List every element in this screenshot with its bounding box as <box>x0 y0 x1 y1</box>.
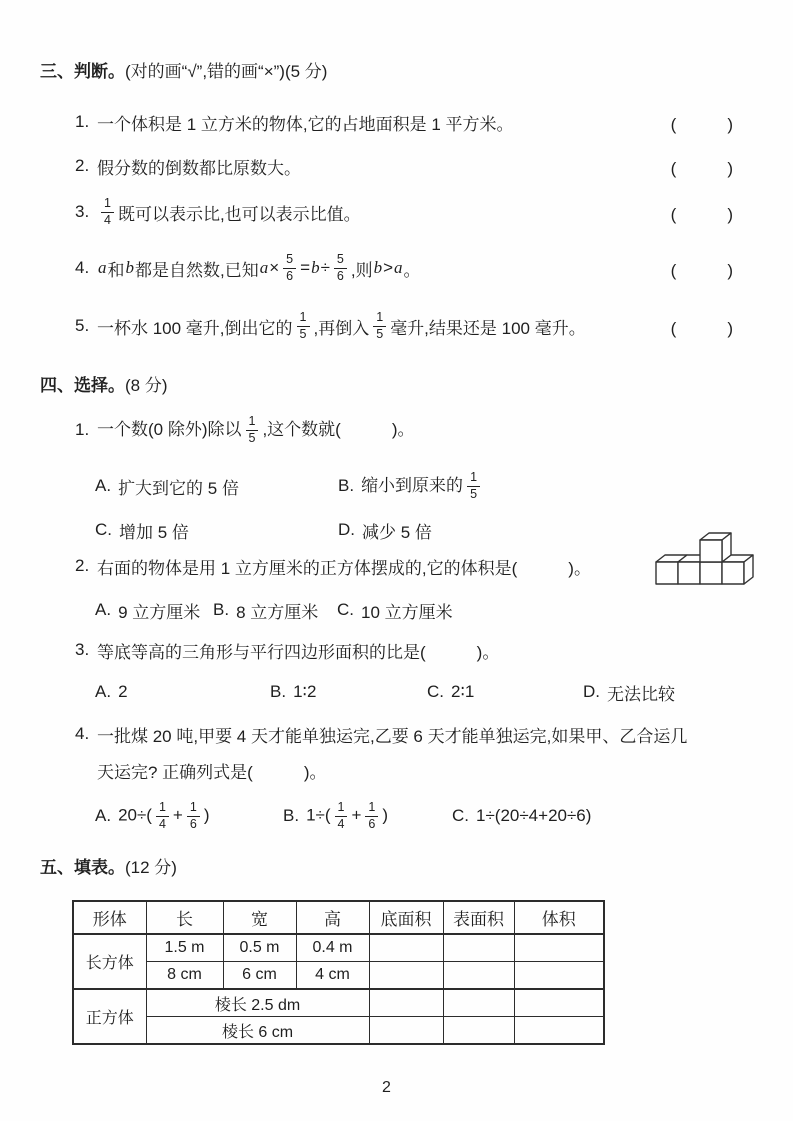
section-judge-title: 三、判断。(对的画“√”,错的画“×”)(5 分) <box>40 58 733 86</box>
empty-cell <box>443 962 514 990</box>
fraction: 15 <box>246 415 259 445</box>
unit-cubes-figure <box>651 526 763 598</box>
option-text: 1÷(20÷4+20÷6) <box>476 806 591 826</box>
option-text: 1÷(14+16) <box>306 801 388 831</box>
option-b: B.缩小到原来的15 <box>338 471 484 502</box>
cell-edge-length: 棱长 2.5 dm <box>146 989 369 1017</box>
item-text: 一杯水 100 毫升,倒出它的15,再倒入15毫升,结果还是 100 毫升。 <box>97 311 671 341</box>
section-judge-title-rest: (对的画“√”,错的画“×”)(5 分) <box>125 62 327 81</box>
option-c: C.增加 5 倍 <box>95 518 338 543</box>
fill-table: 形体 长 宽 高 底面积 表面积 体积 长方体 1.5 m 0.5 m 0.4 … <box>72 900 605 1045</box>
option-text: 无法比较 <box>607 680 675 705</box>
option-a: A.9 立方厘米 <box>95 598 213 623</box>
fraction: 56 <box>283 253 296 283</box>
cell-width: 0.5 m <box>223 934 296 962</box>
fraction: 16 <box>365 801 378 831</box>
item-text: 假分数的倒数都比原数大。 <box>97 154 671 179</box>
math-variable: b <box>310 258 321 278</box>
option-text: 增加 5 倍 <box>119 518 189 543</box>
option-b: B.1∶2 <box>270 682 427 702</box>
fraction: 15 <box>297 311 310 341</box>
option-text: 减少 5 倍 <box>362 518 432 543</box>
math-variable: a <box>97 258 108 278</box>
option-text: 2∶1 <box>451 682 474 702</box>
question-number: 4. <box>75 724 97 744</box>
cell-height: 0.4 m <box>296 934 369 962</box>
choice-q3-options-row: A.2 B.1∶2 C.2∶1 D.无法比较 <box>40 678 733 706</box>
judge-item-4: 4. a 和 b 都是自然数,已知 a×56 = b÷56,则 b>a。 ( ) <box>40 246 733 290</box>
choice-q1-options-row-1: A.扩大到它的 5 倍 B.缩小到原来的15 <box>40 464 733 508</box>
empty-cell <box>514 1017 604 1045</box>
question-text: 等底等高的三角形与平行四边形面积的比是( )。 <box>97 638 499 663</box>
choice-q4-line-2: 天运完? 正确列式是( )。 <box>40 756 733 784</box>
judge-item-3: 3. 14既可以表示比,也可以表示比值。 ( ) <box>40 190 733 234</box>
option-c: C.1÷(20÷4+20÷6) <box>452 806 591 826</box>
option-d: D.无法比较 <box>583 680 675 705</box>
math-variable: a <box>393 258 404 278</box>
page-number: 2 <box>40 1079 733 1103</box>
item-text: 14既可以表示比,也可以表示比值。 <box>97 197 671 227</box>
cuboid-label: 长方体 <box>73 934 146 989</box>
choice-q4-line-1: 4. 一批煤 20 吨,甲要 4 天才能单独运完,乙要 6 天才能单独运完,如果… <box>40 720 733 748</box>
judge-item-2: 2. 假分数的倒数都比原数大。 ( ) <box>40 152 733 180</box>
option-b: B.8 立方厘米 <box>213 598 337 623</box>
option-c: C.2∶1 <box>427 682 583 702</box>
question-number: 3. <box>75 640 97 660</box>
choice-q4-options-row: A.20÷(14+16) B.1÷(14+16) C.1÷(20÷4+20÷6) <box>40 794 733 838</box>
header-width: 宽 <box>223 901 296 934</box>
option-a: A.扩大到它的 5 倍 <box>95 474 338 499</box>
option-text: 20÷(14+16) <box>118 801 209 831</box>
answer-blank: ( ) <box>671 256 733 281</box>
empty-cell <box>443 1017 514 1045</box>
header-base-area: 底面积 <box>369 901 443 934</box>
item-number: 2. <box>75 156 97 176</box>
empty-cell <box>443 934 514 962</box>
header-height: 高 <box>296 901 369 934</box>
question-number: 2. <box>75 556 97 576</box>
cube-label: 正方体 <box>73 989 146 1044</box>
item-number: 3. <box>75 202 97 222</box>
item-text: 一个体积是 1 立方米的物体,它的占地面积是 1 平方米。 <box>97 110 671 135</box>
option-text: 10 立方厘米 <box>361 598 453 623</box>
empty-cell <box>369 989 443 1017</box>
answer-blank: ( ) <box>671 110 733 135</box>
section-choice-title-bold: 四、选择。 <box>40 376 125 395</box>
fraction: 16 <box>187 801 200 831</box>
math-variable: b <box>373 258 384 278</box>
option-text: 扩大到它的 5 倍 <box>118 474 239 499</box>
empty-cell <box>369 1017 443 1045</box>
answer-blank: ( ) <box>671 314 733 339</box>
cell-width: 6 cm <box>223 962 296 990</box>
table-row-cuboid-1: 长方体 1.5 m 0.5 m 0.4 m <box>73 934 604 962</box>
choice-q2: 2. 右面的物体是用 1 立方厘米的正方体摆成的,它的体积是( )。 <box>40 552 733 580</box>
option-a: A.2 <box>95 682 270 702</box>
question-text: 一个数(0 除外)除以15,这个数就( )。 <box>97 415 415 446</box>
fraction: 14 <box>335 801 348 831</box>
judge-item-1: 1. 一个体积是 1 立方米的物体,它的占地面积是 1 平方米。 ( ) <box>40 108 733 136</box>
item-number: 5. <box>75 316 97 336</box>
table-row-cuboid-2: 8 cm 6 cm 4 cm <box>73 962 604 990</box>
empty-cell <box>514 989 604 1017</box>
section-judge-title-bold: 三、判断。 <box>40 62 125 81</box>
option-text: 缩小到原来的15 <box>361 471 484 502</box>
table-row-cube-2: 棱长 6 cm <box>73 1017 604 1045</box>
empty-cell <box>369 934 443 962</box>
option-a: A.20÷(14+16) <box>95 801 283 831</box>
answer-blank: ( ) <box>671 200 733 225</box>
section-fill-title: 五、填表。(12 分) <box>40 854 733 882</box>
cell-height: 4 cm <box>296 962 369 990</box>
question-text: 右面的物体是用 1 立方厘米的正方体摆成的,它的体积是( )。 <box>97 554 591 579</box>
table-row-cube-1: 正方体 棱长 2.5 dm <box>73 989 604 1017</box>
question-number: 1. <box>75 420 97 440</box>
item-number: 4. <box>75 258 97 278</box>
answer-blank: ( ) <box>671 154 733 179</box>
choice-q1: 1. 一个数(0 除外)除以15,这个数就( )。 <box>40 408 733 452</box>
header-shape: 形体 <box>73 901 146 934</box>
worksheet-page: 三、判断。(对的画“√”,错的画“×”)(5 分) 1. 一个体积是 1 立方米… <box>0 0 793 1121</box>
section-choice-title-rest: (8 分) <box>125 376 168 395</box>
question-text: 天运完? 正确列式是( )。 <box>97 758 327 783</box>
section-fill-title-bold: 五、填表。 <box>40 858 125 877</box>
fraction: 14 <box>101 197 114 227</box>
header-length: 长 <box>146 901 223 934</box>
option-b: B.1÷(14+16) <box>283 801 452 831</box>
section-choice-title: 四、选择。(8 分) <box>40 372 733 400</box>
option-text: 9 立方厘米 <box>118 598 200 623</box>
cell-edge-length: 棱长 6 cm <box>146 1017 369 1045</box>
math-variable: b <box>125 258 136 278</box>
empty-cell <box>443 989 514 1017</box>
cell-length: 8 cm <box>146 962 223 990</box>
choice-q2-options-row: A.9 立方厘米 B.8 立方厘米 C.10 立方厘米 <box>40 596 733 624</box>
item-number: 1. <box>75 112 97 132</box>
fraction: 15 <box>373 311 386 341</box>
option-c: C.10 立方厘米 <box>337 598 453 623</box>
question-text: 一批煤 20 吨,甲要 4 天才能单独运完,乙要 6 天才能单独运完,如果甲、乙… <box>97 722 687 747</box>
fraction: 56 <box>334 253 347 283</box>
choice-q1-options-row-2: C.增加 5 倍 D.减少 5 倍 <box>40 516 733 544</box>
empty-cell <box>514 962 604 990</box>
option-text: 2 <box>118 682 127 702</box>
header-surface-area: 表面积 <box>443 901 514 934</box>
option-d: D.减少 5 倍 <box>338 518 432 543</box>
choice-q3: 3. 等底等高的三角形与平行四边形面积的比是( )。 <box>40 636 733 664</box>
empty-cell <box>369 962 443 990</box>
cell-length: 1.5 m <box>146 934 223 962</box>
option-text: 8 立方厘米 <box>236 598 318 623</box>
item-text: a 和 b 都是自然数,已知 a×56 = b÷56,则 b>a。 <box>97 253 671 283</box>
judge-item-5: 5. 一杯水 100 毫升,倒出它的15,再倒入15毫升,结果还是 100 毫升… <box>40 304 733 348</box>
math-variable: a <box>259 258 270 278</box>
header-volume: 体积 <box>514 901 604 934</box>
option-text: 1∶2 <box>293 682 316 702</box>
fraction: 15 <box>467 471 480 501</box>
table-header-row: 形体 长 宽 高 底面积 表面积 体积 <box>73 901 604 934</box>
section-fill-title-rest: (12 分) <box>125 858 177 877</box>
empty-cell <box>514 934 604 962</box>
fraction: 14 <box>156 801 169 831</box>
